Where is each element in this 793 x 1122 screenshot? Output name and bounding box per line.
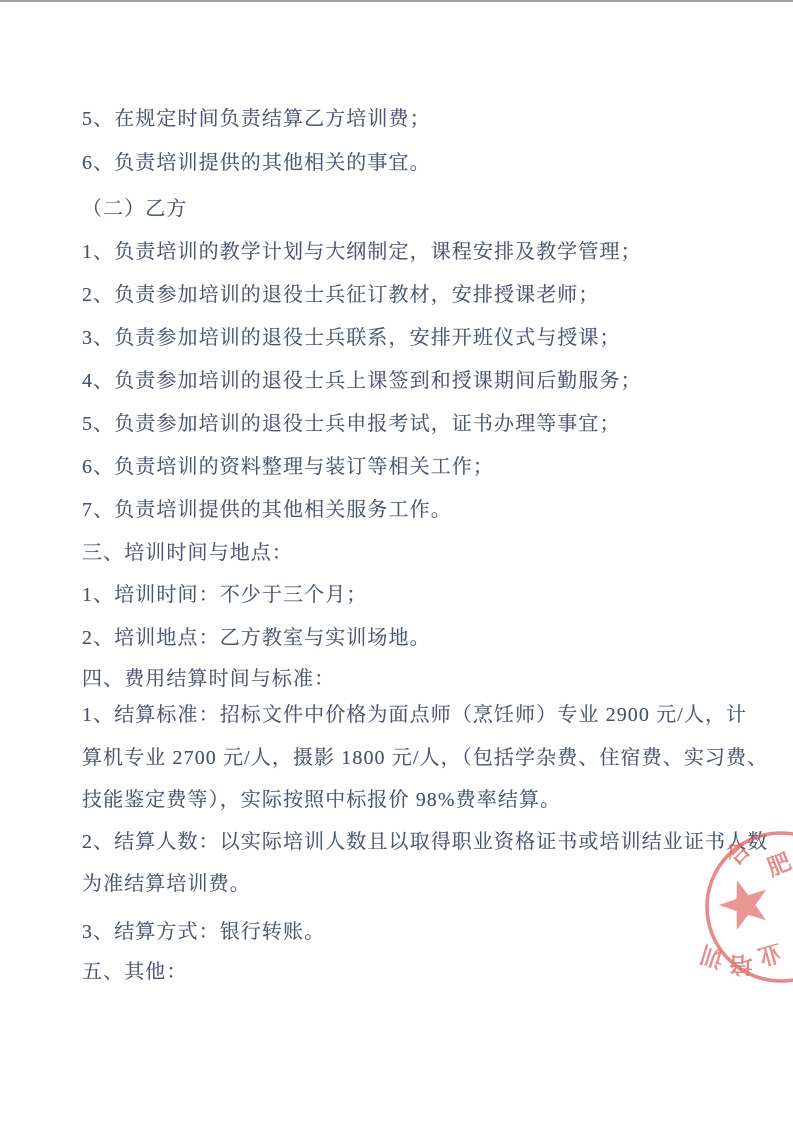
document-line: 6、负责培训的资料整理与装订等相关工作； [82, 454, 494, 480]
document-line: 4、负责参加培训的退役士兵上课签到和授课期间后勤服务； [82, 368, 642, 394]
document-line: 算机专业 2700 元/人，摄影 1800 元/人，（包括学杂费、住宿费、实习费… [82, 745, 768, 771]
stamp-char: 业 [755, 939, 784, 969]
document-line: 技能鉴定费等），实际按照中标报价 98%费率结算。 [82, 787, 561, 813]
official-red-stamp: 合 肥 训 培 业 [683, 815, 793, 995]
document-section-heading: 四、费用结算时间与标准： [82, 666, 335, 692]
document-line: 3、结算方式：银行转账。 [82, 919, 325, 945]
document-line: 7、负责培训提供的其他相关服务工作。 [82, 497, 452, 523]
document-line: （二）乙方 [82, 196, 188, 222]
document-line: 1、培训时间：不少于三个月； [82, 582, 367, 608]
document-line: 1、负责培训的教学计划与大纲制定，课程安排及教学管理； [82, 239, 642, 265]
document-line: 2、负责参加培训的退役士兵征订教材，安排授课老师； [82, 282, 600, 308]
document-section-heading: 三、培训时间与地点： [82, 540, 293, 566]
stamp-char: 培 [729, 952, 752, 978]
document-line: 3、负责参加培训的退役士兵联系，安排开班仪式与授课； [82, 325, 621, 351]
document-line: 2、培训地点：乙方教室与实训场地。 [82, 625, 431, 651]
document-line: 2、结算人数：以实际培训人数且以取得职业资格证书或培训结业证书人数 [82, 829, 768, 855]
stamp-char: 肥 [764, 849, 793, 881]
document-page: 5、在规定时间负责结算乙方培训费； 6、负责培训提供的其他相关的事宜。 （二）乙… [0, 0, 793, 1122]
stamp-char: 训 [698, 941, 727, 972]
document-line: 5、负责参加培训的退役士兵申报考试，证书办理等事宜； [82, 411, 621, 437]
document-line: 5、在规定时间负责结算乙方培训费； [82, 106, 431, 132]
document-line: 1、结算标准：招标文件中价格为面点师（烹饪师）专业 2900 元/人，计 [82, 702, 747, 728]
scan-edge-artifact [0, 0, 793, 2]
document-section-heading: 五、其他： [82, 959, 188, 985]
star-icon [713, 873, 775, 933]
document-line: 6、负责培训提供的其他相关的事宜。 [82, 150, 431, 176]
document-line: 为准结算培训费。 [82, 871, 251, 897]
